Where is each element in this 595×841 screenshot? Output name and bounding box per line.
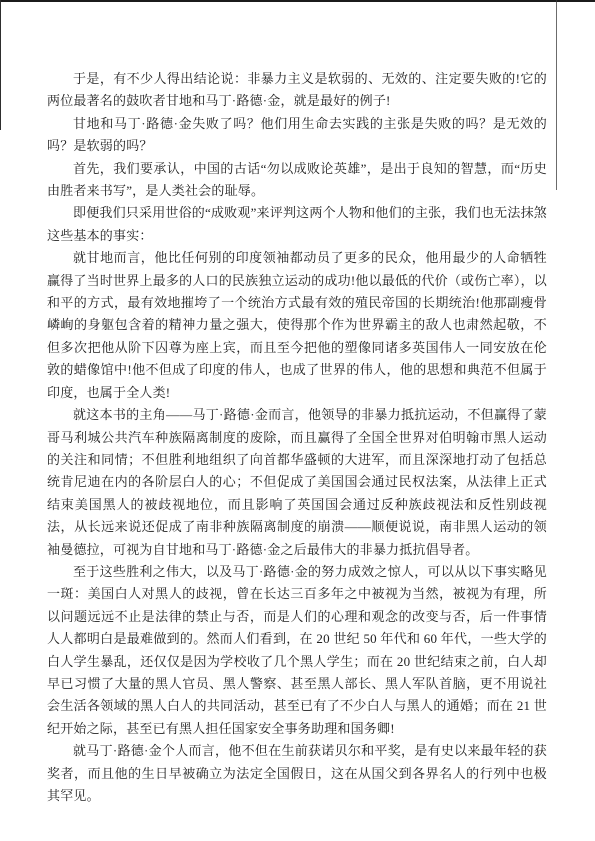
scan-border-right (556, 0, 557, 190)
paragraph-basic-facts-intro: 即便我们只采用世俗的“成败观”来评判这两个人物和他们的主张，我们也无法抹煞这些基… (47, 202, 547, 247)
body-text: 于是，有不少人得出结论说：非暴力主义是软弱的、无效的、注定要失败的!它的两位最著… (47, 68, 547, 807)
paragraph-mlk-personal: 就马丁·路德·金个人而言，他不但在生前获诺贝尔和平奖，是有史以来最年轻的获奖者，… (47, 740, 547, 807)
paragraph-conclusion-claim: 于是，有不少人得出结论说：非暴力主义是软弱的、无效的、注定要失败的!它的两位最著… (47, 68, 547, 113)
paragraph-gandhi: 就甘地而言，他比任何别的印度领袖都动员了更多的民众，他用最少的人命牺牲赢得了当时… (47, 247, 547, 404)
scan-border-top (0, 0, 595, 2)
document-page: 于是，有不少人得出结论说：非暴力主义是软弱的、无效的、注定要失败的!它的两位最著… (0, 0, 595, 841)
paragraph-mlk-movement: 就这本书的主角——马丁·路德·金而言，他领导的非暴力抵抗运动，不但赢得了蒙哥马利… (47, 404, 547, 561)
paragraph-chinese-saying: 首先，我们要承认，中国的古话“勿以成败论英雄”，是出于良知的智慧，而“历史由胜者… (47, 158, 547, 203)
paragraph-victories-evidence: 至于这些胜利之伟大，以及马丁·路德·金的努力成效之惊人，可以从以下事实略见一斑：… (47, 561, 547, 740)
paragraph-question: 甘地和马丁·路德·金失败了吗？他们用生命去实践的主张是失败的吗？是无效的吗？是软… (47, 113, 547, 158)
scan-border-left (0, 0, 1, 130)
